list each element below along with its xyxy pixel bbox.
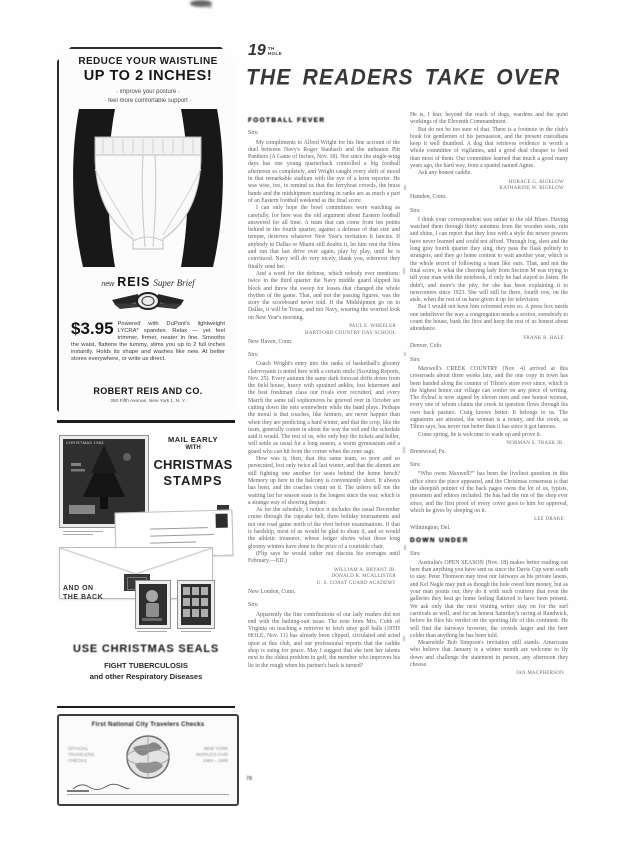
signature-line: U. S. COAST GUARD ACADEMY (248, 581, 396, 588)
letter-salutation: Sirs: (410, 208, 568, 215)
checks-title: First National City Travelers Checks (59, 721, 237, 728)
letter-place: Brentwood, Pa. (410, 449, 568, 456)
letter-place: New London, Conn. (248, 589, 400, 596)
letter-signature: FRANK R. HALE (410, 336, 564, 343)
letters-column-1: FOOTBALL FEVERSirs:My compliments to Alf… (248, 112, 400, 670)
reis-price: $3.95 (71, 321, 114, 336)
page-title: THE READERS TAKE OVER (246, 66, 561, 91)
letter-heading: FOOTBALL FEVER (248, 117, 400, 124)
fight-tuberculosis-line: FIGHT TUBERCULOSIS (57, 661, 235, 670)
reis-style-name: Super Brief (153, 278, 194, 288)
page-number: 78 (246, 776, 252, 782)
back-line1: AND ON (63, 585, 103, 594)
letters-column-2: He is, I fear, beyond the reach of dogs,… (410, 112, 568, 679)
letter-signature: WILLIAM A. BRYANT JR.DONALD R. MCALLISTE… (248, 568, 396, 588)
signature-line: WILLIAM A. BRYANT JR. (248, 568, 396, 575)
back-line2: THE BACK (63, 594, 103, 603)
letter-salutation: Sirs: (248, 130, 400, 137)
reis-new-label: new (101, 281, 114, 288)
scan-mark (403, 447, 405, 453)
letter-place: Denver, Colo. (410, 343, 568, 350)
letter-paragraph: I think your correspondent was unfair to… (410, 217, 568, 305)
christmas-seal-image-1 (135, 580, 171, 629)
stamp-tree-graphic (63, 439, 145, 523)
address-line (150, 527, 208, 530)
and-on-the-back-label: AND ON THE BACK (63, 585, 103, 602)
letter-place: Wilmington, Del. (410, 525, 568, 532)
scan-mark (404, 545, 406, 550)
scan-mark (404, 352, 406, 356)
letter-paragraph-continued: He is, I fear, beyond the reach of dogs,… (410, 112, 568, 127)
signature-line: NORMAN S. TRASK JR. (410, 441, 564, 448)
nineteen-number: 19 (248, 44, 266, 58)
respiratory-diseases-line: and other Respiratory Diseases (57, 672, 235, 681)
letter-salutation: Sirs: (410, 357, 568, 364)
reis-subline-1: · improve your posture · (59, 89, 237, 95)
reis-subline-2: · feel more comfortable support · (59, 98, 237, 104)
letter-paragraph: Coach Wright's entry into the ranks of b… (248, 361, 400, 456)
letter-salutation: Sirs: (410, 551, 568, 558)
seal-caption-bar (137, 631, 167, 632)
letter-paragraph: (Flip says he would rather not discuss h… (248, 551, 400, 566)
column-header-19th-hole: 19 TH HOLE (248, 44, 282, 58)
check-micro-line (67, 790, 89, 792)
letter-salutation: Sirs: (248, 602, 400, 609)
stamp-caption-text: CHRISTMAS 1963 (66, 441, 104, 446)
seal-caption-bar (181, 631, 211, 632)
stamp-caption-bar (63, 534, 93, 535)
letter-paragraph: My compliments to Alfred Wright for his … (248, 140, 400, 206)
letter-paragraph: Maxwell's CREEK COUNTRY (Nov. 4) arrived… (410, 366, 568, 432)
letter-salutation: Sirs: (410, 462, 568, 469)
letter-paragraph: Meanwhile Bob Simpson's invitation still… (410, 640, 568, 669)
check-bottom-rule (67, 794, 229, 795)
letter-paragraph: But do not be too sure of that. There is… (410, 127, 568, 171)
reis-brand-row: newREISSuper Brief (59, 273, 237, 291)
letter-signature: NORMAN S. TRASK JR. (410, 441, 564, 448)
mail-early-line4: STAMPS (151, 473, 235, 488)
scan-mark (403, 636, 405, 641)
check-text-line: 1964 – 1965 (184, 758, 228, 764)
use-christmas-seals-headline: USE CHRISTMAS SEALS (57, 643, 235, 655)
signature-line: HORACE G. BIGELOW (410, 180, 564, 187)
letter-place: Hamden, Conn. (410, 194, 568, 201)
magazine-page-scan: REDUCE YOUR WAISTLINE UP TO 2 INCHES! · … (0, 0, 619, 846)
letter-paragraph: I can only hope the bowl committees were… (248, 205, 400, 271)
letter-signature: LEE DRAKE (410, 517, 564, 524)
tag-hole: HOLE (268, 51, 282, 56)
signature-squiggle (71, 780, 131, 798)
letter-heading: DOWN UNDER (410, 537, 568, 544)
letter-paragraph: Apparently the fine contributions of our… (248, 612, 400, 670)
check-left-text: OFFICIALTRAVELERSCHECKS (68, 746, 112, 764)
letter-paragraph: How was it, then, that this same team, s… (248, 456, 400, 507)
travelers-checks-ad: First National City Travelers Checks OFF… (57, 714, 239, 806)
letter-signature: HORACE G. BIGELOWKATHARINE W. BIGELOW (410, 180, 564, 194)
globe-icon (125, 734, 171, 785)
briefs-photo (65, 109, 231, 267)
signature-line: FRANK R. HALE (410, 336, 564, 343)
divider-rule (57, 706, 235, 708)
address-line (150, 541, 196, 544)
mail-early-headline: MAIL EARLY WITH CHRISTMAS STAMPS (151, 435, 235, 488)
letter-signature: IAN MACPHERSON (410, 671, 564, 678)
briefs-illustration (65, 109, 231, 267)
letter-paragraph: And a word for the defense, which nobody… (248, 271, 400, 322)
letter-paragraph: “Who owns Maxwell?” has been the livelie… (410, 471, 568, 515)
christmas-seal-image-2 (177, 580, 215, 629)
check-right-text: NEW YORKWORLD'S FAIR1964 – 1965 (184, 746, 228, 764)
mail-early-line2: WITH (151, 445, 235, 451)
envelope-stamp (215, 514, 227, 528)
letter-place: New Haven, Conn. (248, 339, 400, 346)
letter-paragraph: As for the schedule, I notice it include… (248, 507, 400, 551)
signature-line: LEE DRAKE (410, 517, 564, 524)
reis-brand-name: REIS (117, 275, 150, 289)
stamp-caption-bar (63, 531, 103, 532)
christmas-stamps-ad: CHRISTMAS 1963 MAIL EARLY WITH CHRISTMAS… (57, 425, 235, 703)
signature-line: DONALD R. MCALLISTER (248, 574, 396, 581)
mail-early-line3: CHRISTMAS (151, 457, 235, 472)
letter-paragraph: But I would not have him reformed even s… (410, 304, 568, 333)
address-line (150, 534, 214, 537)
mail-early-line1: MAIL EARLY (151, 435, 235, 444)
letter-paragraph: Australia's OPEN SEASON (Nov. 18) makes … (410, 560, 568, 640)
signature-line: KATHARINE W. BIGELOW (410, 186, 564, 193)
reis-address: · 350 Fifth Avenue, New York 1, N. Y. · (59, 399, 237, 404)
scan-mark (404, 185, 406, 190)
th-hole-tag: TH HOLE (268, 46, 282, 56)
reis-headline-1: REDUCE YOUR WAISTLINE (59, 56, 237, 67)
signature-line: HARTFORD COUNTRY DAY SCHOOL (248, 331, 396, 338)
reis-headline-2: UP TO 2 INCHES! (59, 68, 237, 84)
scan-mark (403, 268, 405, 274)
scan-speck (207, 5, 212, 8)
letter-signature: PAUL E. WHEELERHARTFORD COUNTRY DAY SCHO… (248, 324, 396, 338)
letter-salutation: Sirs: (248, 352, 400, 359)
letter-paragraph: Come spring, he is welcome to wade up an… (410, 432, 568, 439)
reis-price-block: $3.95 Powered with DuPont's lightweight … (71, 321, 225, 363)
signature-line: PAUL E. WHEELER (248, 324, 396, 331)
check-text-line: CHECKS (68, 758, 112, 764)
reis-company-name: ROBERT REIS AND CO. (59, 386, 237, 396)
divider-rule (57, 420, 235, 423)
reis-underwear-ad: REDUCE YOUR WAISTLINE UP TO 2 INCHES! · … (57, 47, 239, 422)
reis-wings-emblem-icon (110, 290, 186, 314)
signature-line: IAN MACPHERSON (410, 671, 564, 678)
letter-paragraph: Ask any honest caddie. (410, 170, 568, 177)
